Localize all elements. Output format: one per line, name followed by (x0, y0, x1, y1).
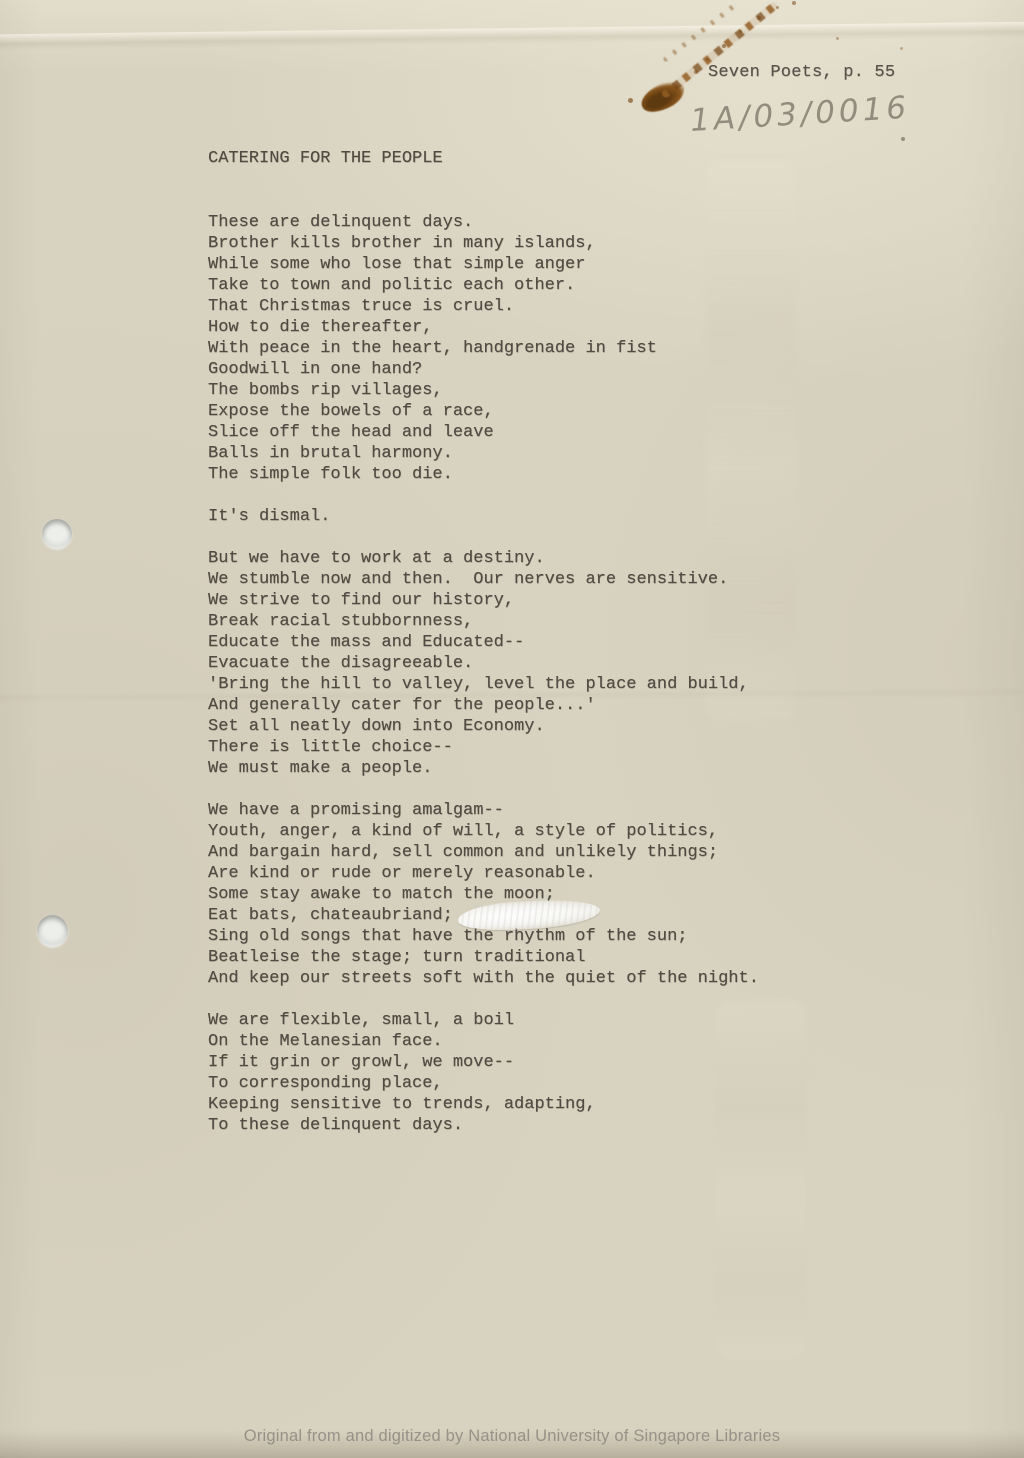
poem-line: Goodwill in one hand? (208, 359, 988, 380)
poem-line: The bombs rip villages, (208, 380, 988, 401)
poem-line: We stumble now and then. Our nerves are … (208, 569, 988, 590)
poem-line: Youth, anger, a kind of will, a style of… (208, 821, 988, 842)
poem-line: But we have to work at a destiny. (208, 548, 988, 569)
poem-line: And keep our streets soft with the quiet… (208, 968, 988, 989)
digitization-credit: Original from and digitized by National … (0, 1427, 1024, 1446)
rust-speck (739, 30, 742, 33)
rust-speck (776, 6, 779, 9)
source-caption: Seven Poets, p. 55 (708, 63, 895, 82)
poem-line: Set all neatly down into Economy. (208, 716, 988, 737)
poem-line: To these delinquent days. (208, 1115, 988, 1136)
poem-line: Take to town and politic each other. (208, 275, 988, 296)
stanza: It's dismal. (208, 506, 988, 527)
poem-line: These are delinquent days. (208, 212, 988, 233)
rust-speck (757, 16, 761, 20)
poem-title: CATERING FOR THE PEOPLE (208, 149, 443, 168)
rust-speck (706, 58, 709, 61)
poem-line: Keeping sensitive to trends, adapting, (208, 1094, 988, 1115)
paper-crease-top (0, 22, 1024, 51)
stanza: But we have to work at a destiny.We stum… (208, 548, 988, 779)
poem-line: It's dismal. (208, 506, 988, 527)
poem-line: We strive to find our history, (208, 590, 988, 611)
poem-line: That Christmas truce is cruel. (208, 296, 988, 317)
poem-line: We have a promising amalgam-- (208, 800, 988, 821)
poem-line: And bargain hard, sell common and unlike… (208, 842, 988, 863)
scanned-document-page: Seven Poets, p. 55 1A/03/0016 CATERING F… (0, 0, 1024, 1458)
poem-line: Slice off the head and leave (208, 422, 988, 443)
rust-speck (722, 44, 726, 48)
poem-line: If it grin or growl, we move-- (208, 1052, 988, 1073)
poem-line: How to die thereafter, (208, 317, 988, 338)
poem-line: Break racial stubbornness, (208, 611, 988, 632)
rust-speck (628, 98, 633, 103)
rust-speck (694, 70, 698, 74)
stanza: We have a promising amalgam--Youth, ange… (208, 800, 988, 989)
rust-speck (900, 47, 903, 50)
punch-hole-top (42, 519, 72, 549)
poem-line: To corresponding place, (208, 1073, 988, 1094)
poem-line: We must make a people. (208, 758, 988, 779)
rust-speck (792, 1, 796, 5)
poem-line: Sing old songs that have the rhythm of t… (208, 926, 988, 947)
poem-line: The simple folk too die. (208, 464, 988, 485)
poem-line: On the Melanesian face. (208, 1031, 988, 1052)
pencil-dot (901, 137, 905, 141)
poem-line: Beatleise the stage; turn traditional (208, 947, 988, 968)
poem-line: Evacuate the disagreeable. (208, 653, 988, 674)
poem-line: 'Bring the hill to valley, level the pla… (208, 674, 988, 695)
poem-line: Expose the bowels of a race, (208, 401, 988, 422)
poem-line: Balls in brutal harmony. (208, 443, 988, 464)
poem-line: We are flexible, small, a boil (208, 1010, 988, 1031)
rust-stain-trail (662, 2, 738, 63)
poem-line: With peace in the heart, handgrenade in … (208, 338, 988, 359)
poem-line: While some who lose that simple anger (208, 254, 988, 275)
poem-line: There is little choice-- (208, 737, 988, 758)
stanza: These are delinquent days.Brother kills … (208, 212, 988, 485)
poem-line: Some stay awake to match the moon; (208, 884, 988, 905)
punch-hole-bottom (37, 915, 68, 947)
poem-line: Brother kills brother in many islands, (208, 233, 988, 254)
stanza: We are flexible, small, a boilOn the Mel… (208, 1010, 988, 1136)
rust-speck (836, 37, 839, 40)
poem-line: And generally cater for the people...' (208, 695, 988, 716)
poem-body: These are delinquent days.Brother kills … (208, 212, 988, 1157)
poem-line: Are kind or rude or merely reasonable. (208, 863, 988, 884)
poem-line: Educate the mass and Educated-- (208, 632, 988, 653)
handwritten-archival-number: 1A/03/0016 (689, 89, 921, 139)
